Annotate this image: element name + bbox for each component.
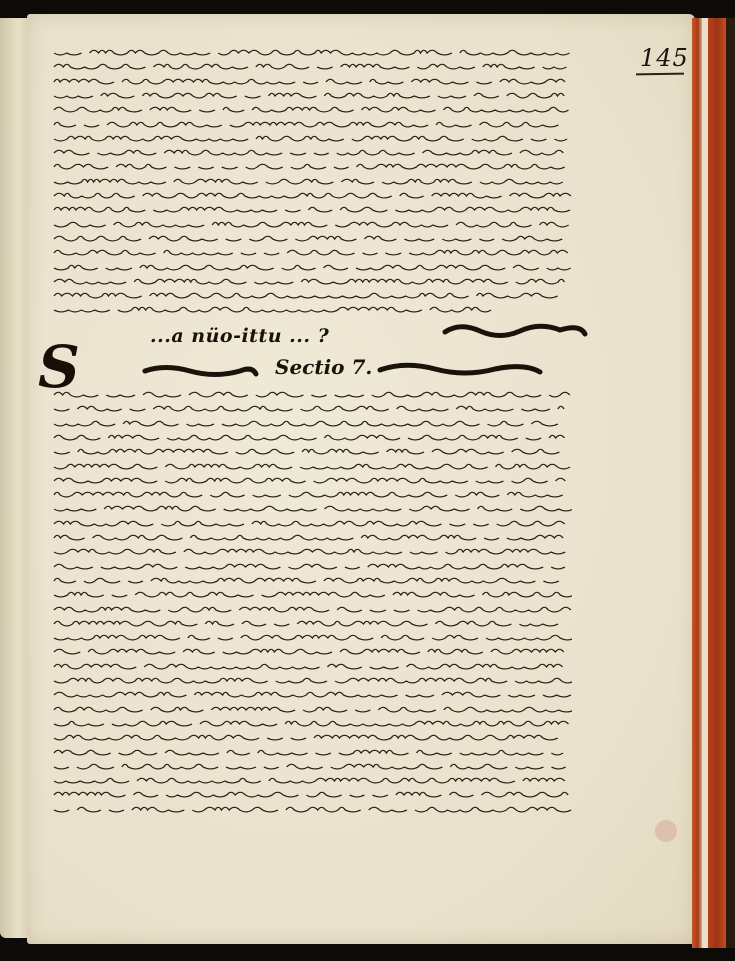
handwritten-line [52, 75, 572, 89]
handwritten-line [52, 402, 572, 416]
handwritten-line [52, 218, 572, 232]
facing-page-edge [0, 18, 30, 938]
handwritten-line [52, 674, 572, 688]
handwritten-line [52, 261, 572, 275]
handwritten-line [52, 502, 572, 516]
handwritten-line [52, 531, 572, 545]
handwritten-line [52, 460, 572, 474]
handwritten-line [52, 574, 572, 588]
handwritten-line [52, 232, 572, 246]
handwritten-line [52, 146, 572, 160]
handwritten-line [52, 289, 572, 303]
handwritten-line [52, 560, 572, 574]
handwritten-line [52, 303, 492, 317]
handwritten-line [52, 788, 572, 802]
folio-number: 145 [640, 44, 689, 72]
handwritten-line [52, 46, 572, 60]
paper-stain [655, 820, 677, 842]
handwritten-line [52, 631, 572, 645]
handwritten-line [52, 431, 572, 445]
handwritten-line [52, 60, 572, 74]
handwritten-line [52, 603, 572, 617]
scroll-flourish-icon [140, 362, 260, 380]
handwritten-line [52, 388, 572, 402]
binding-shadow [726, 18, 735, 948]
handwritten-line [52, 417, 572, 431]
handwritten-line [52, 488, 572, 502]
handwritten-line [52, 660, 572, 674]
handwritten-line [52, 746, 572, 760]
handwritten-line [52, 474, 572, 488]
handwritten-line [52, 246, 572, 260]
red-stained-page-edge [708, 18, 726, 948]
handwritten-line [52, 545, 572, 559]
handwritten-line [52, 189, 572, 203]
handwritten-line [52, 645, 572, 659]
scroll-flourish-icon [440, 322, 590, 340]
handwritten-line [52, 760, 572, 774]
handwritten-line [52, 203, 572, 217]
scroll-flourish-icon [375, 360, 545, 378]
handwritten-line [52, 774, 572, 788]
handwritten-line [52, 275, 572, 289]
handwritten-line [52, 517, 572, 531]
handwritten-line [52, 175, 572, 189]
handwritten-line [52, 703, 572, 717]
handwritten-line [52, 688, 572, 702]
handwritten-line [52, 132, 572, 146]
handwritten-line [52, 588, 572, 602]
section-label: Sectio 7. [275, 355, 372, 379]
section-heading: ...a nüo-ittu ... ? [150, 325, 329, 347]
handwritten-line [52, 717, 572, 731]
handwritten-line [52, 617, 572, 631]
handwritten-line [52, 160, 572, 174]
handwritten-line [52, 803, 572, 817]
handwritten-line [52, 103, 572, 117]
red-stained-page-edge [692, 18, 702, 948]
handwritten-line [52, 731, 572, 745]
handwritten-line [52, 118, 572, 132]
handwritten-line [52, 445, 572, 459]
handwritten-line [52, 89, 572, 103]
